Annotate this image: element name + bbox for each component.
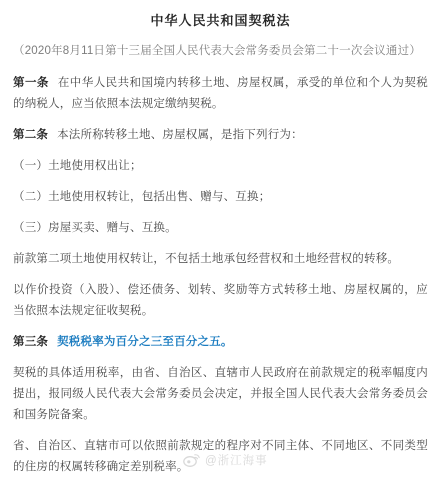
paragraph-item-3: （三）房屋买卖、赠与、互换。 <box>13 218 428 239</box>
paragraph-clause: 前款第二项土地使用权转让，不包括土地承包经营权和土地经营权的转移。 <box>13 249 428 270</box>
paragraph-clause: 契税的具体适用税率，由省、自治区、直辖市人民政府在前款规定的税率幅度内提出，报同… <box>13 363 428 426</box>
watermark-handle: @浙江海事 <box>205 452 268 468</box>
paragraph-text: 前款第二项土地使用权转让，不包括土地承包经营权和土地经营权的转移。 <box>13 253 399 265</box>
paragraph-text: 以作价投资（入股）、偿还债务、划转、奖励等方式转移土地、房屋权属的，应当依照本法… <box>13 284 428 317</box>
weibo-icon <box>183 453 200 467</box>
paragraph-clause: 以作价投资（入股）、偿还债务、划转、奖励等方式转移土地、房屋权属的，应当依照本法… <box>13 280 428 322</box>
article-label: 第三条 <box>13 336 48 348</box>
article-label: 第一条 <box>13 77 49 89</box>
paragraph-text: 在中华人民共和国境内转移土地、房屋权属，承受的单位和个人为契税的纳税人，应当依照… <box>13 77 428 110</box>
paragraph-text: （一）土地使用权出让； <box>13 160 142 172</box>
document-title: 中华人民共和国契税法 <box>13 10 428 31</box>
paragraph-text: 本法所称转移土地、房屋权属，是指下列行为： <box>57 129 303 141</box>
paragraph-article-3: 第三条契税税率为百分之三至百分之五。 <box>13 332 428 353</box>
article-label: 第二条 <box>13 129 48 141</box>
law-document-page: 中华人民共和国契税法 （2020年8月11日第十三届全国人民代表大会常务委员会第… <box>0 0 440 480</box>
document-subtitle: （2020年8月11日第十三届全国人民代表大会常务委员会第二十一次会议通过） <box>13 41 428 62</box>
paragraph-text: （二）土地使用权转让，包括出售、赠与、互换； <box>13 191 270 203</box>
paragraph-item-1: （一）土地使用权出让； <box>13 156 428 177</box>
highlighted-tax-rate-text: 契税税率为百分之三至百分之五。 <box>57 336 233 348</box>
paragraph-item-2: （二）土地使用权转让，包括出售、赠与、互换； <box>13 187 428 208</box>
paragraph-article-2: 第二条本法所称转移土地、房屋权属，是指下列行为： <box>13 125 428 146</box>
paragraph-text: （三）房屋买卖、赠与、互换。 <box>13 222 177 234</box>
paragraph-article-1: 第一条在中华人民共和国境内转移土地、房屋权属，承受的单位和个人为契税的纳税人，应… <box>13 73 428 115</box>
paragraph-text: 契税的具体适用税率，由省、自治区、直辖市人民政府在前款规定的税率幅度内提出，报同… <box>13 367 428 421</box>
weibo-watermark: @浙江海事 <box>183 452 268 468</box>
